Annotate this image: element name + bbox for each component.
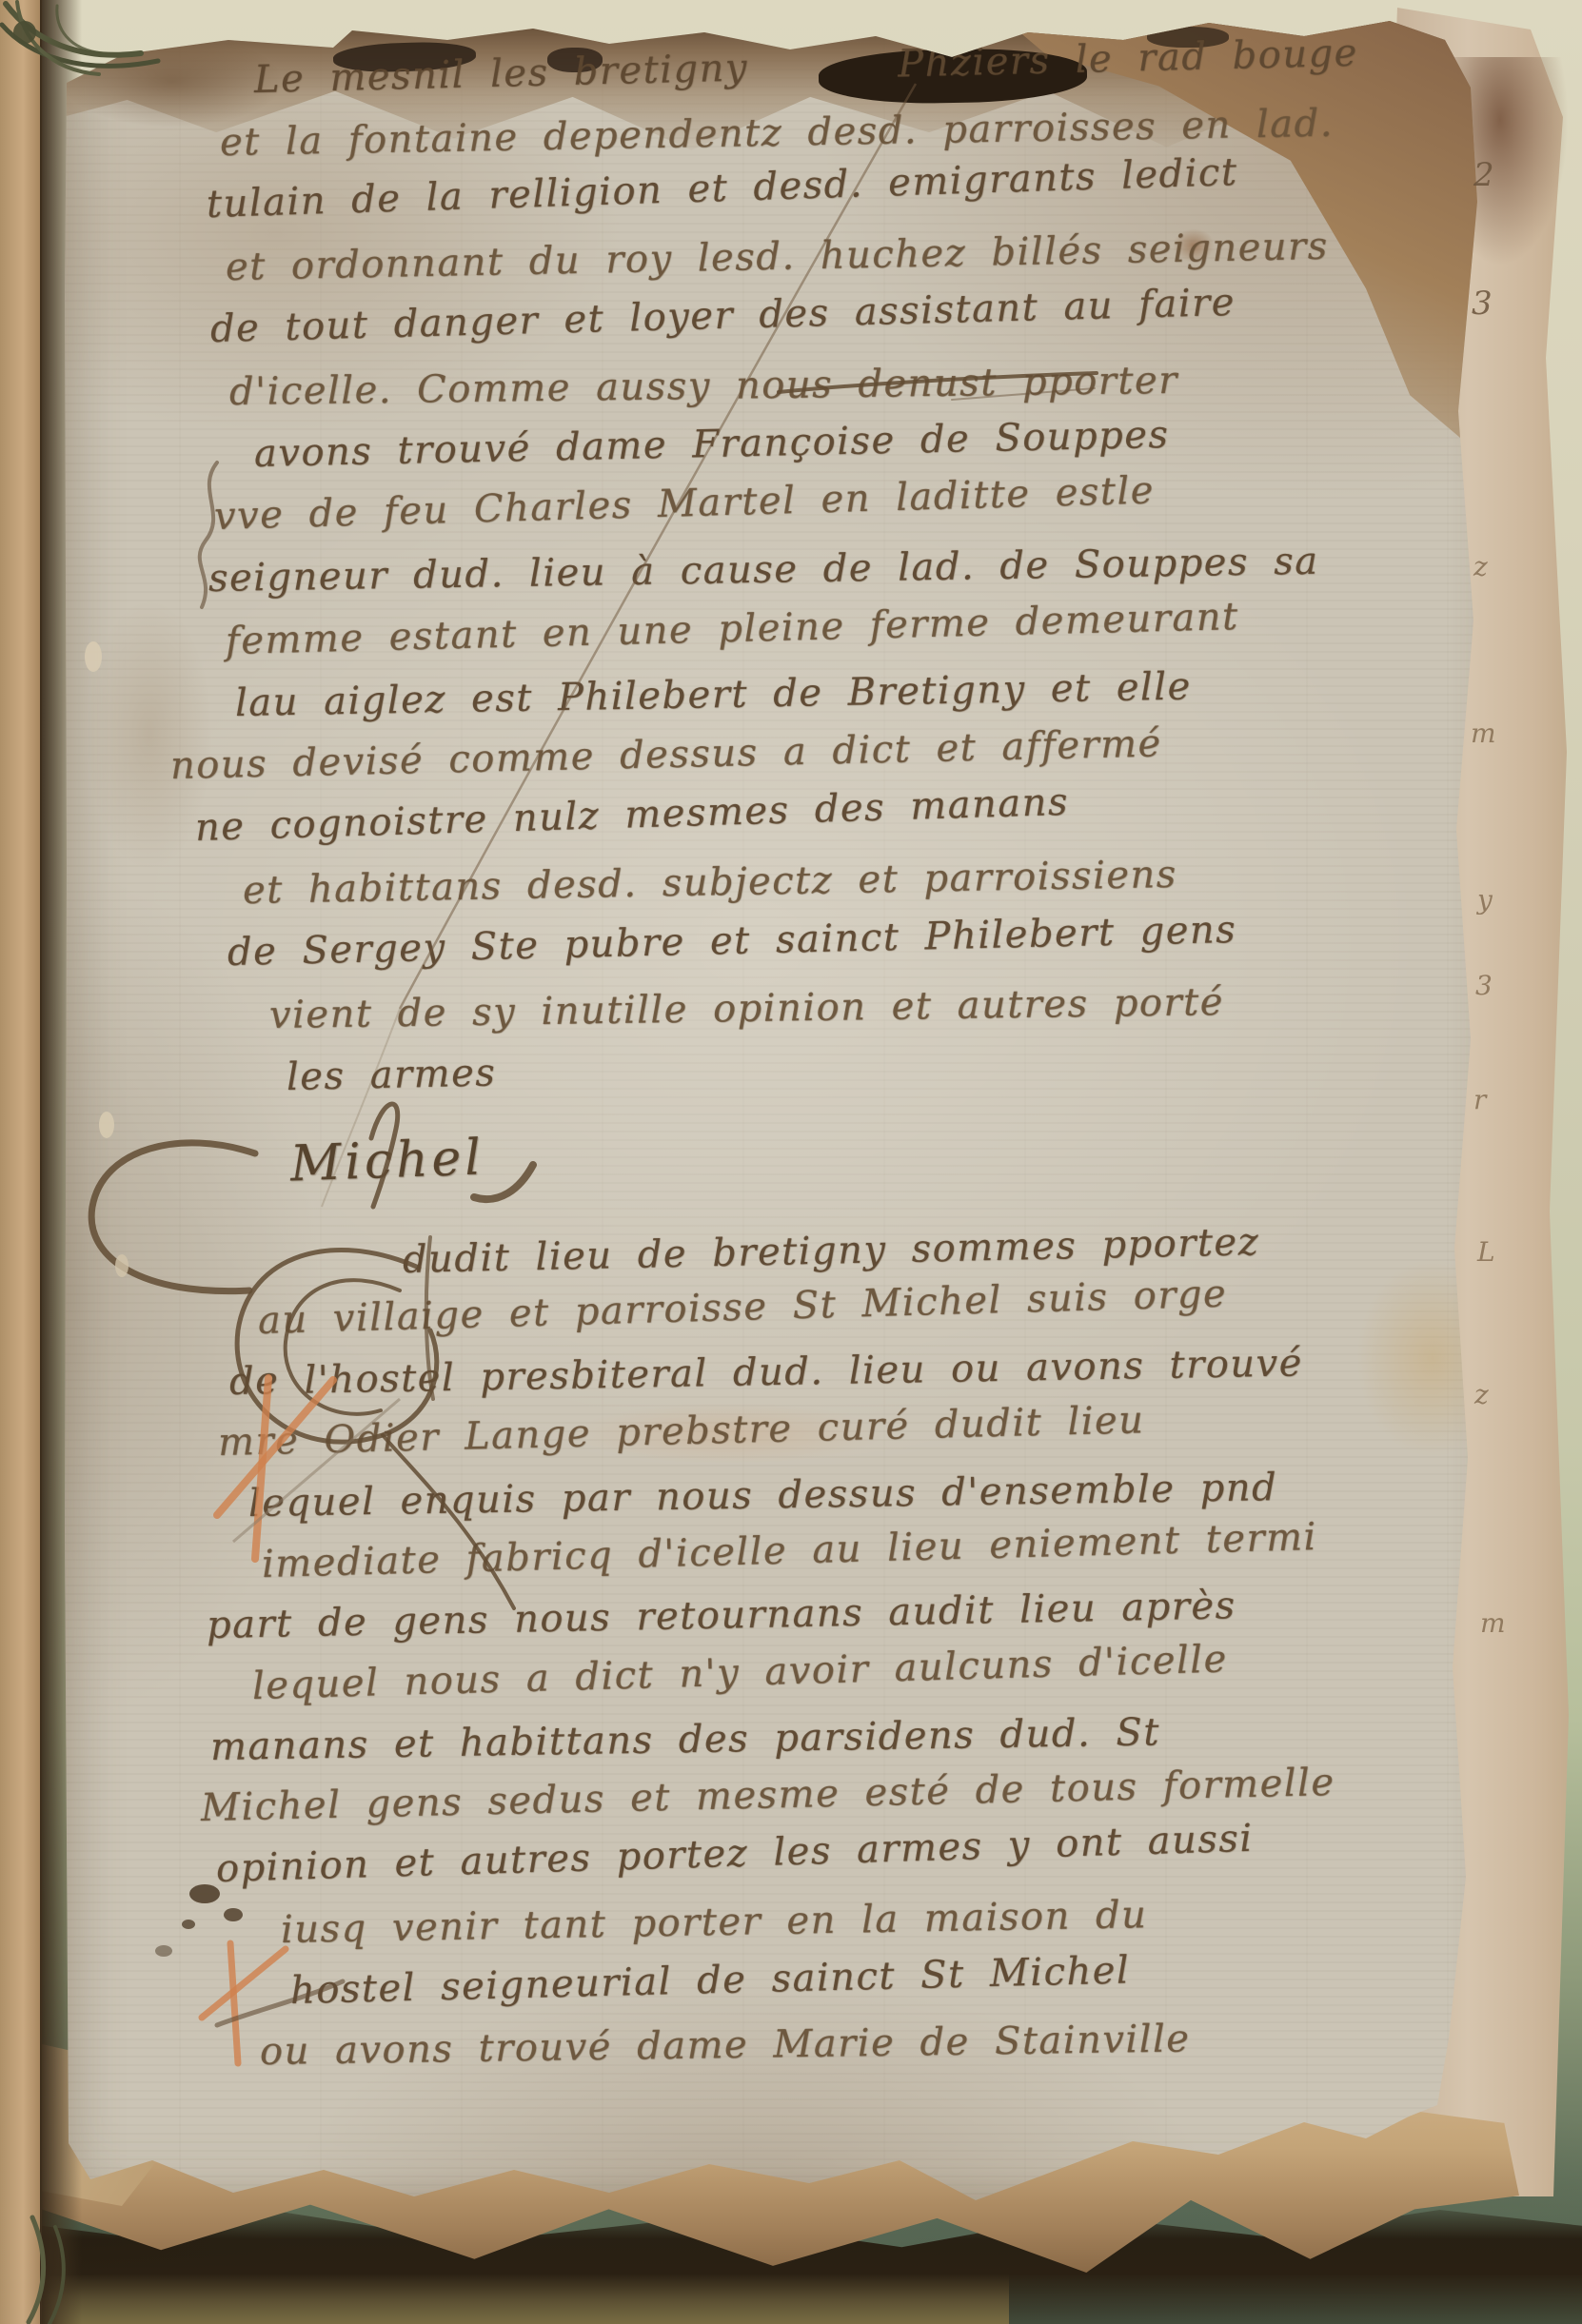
- manuscript-photo: Le mesnil les bretigny Phziers le rad bo…: [0, 0, 1582, 2324]
- heading-michel: Michel: [289, 1129, 485, 1192]
- text-block-main: Le mesnil les bretigny Phziers le rad bo…: [214, 49, 1442, 1110]
- manuscript-page: Le mesnil les bretigny Phziers le rad bo…: [38, 11, 1523, 2229]
- text-block-michel: dudit lieu de bretigny sommes pportezau …: [224, 1230, 1452, 2082]
- binding-cover-edge: [0, 0, 42, 2324]
